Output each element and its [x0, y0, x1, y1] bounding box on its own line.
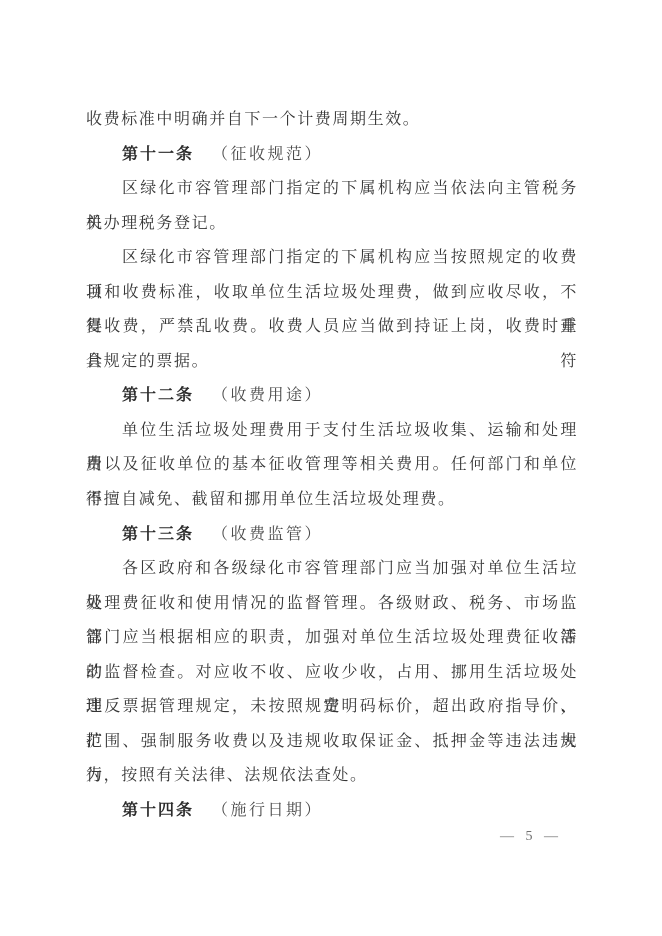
- text-line: 范围、强制服务收费以及违规收取保证金、抵押金等违法违规行: [86, 725, 578, 760]
- article-heading: 第十三条（收费监管）: [86, 518, 578, 553]
- text-line: 单位生活垃圾处理费用于支付生活垃圾收集、运输和处理费: [86, 414, 578, 449]
- article-heading: 第十四条（施行日期）: [86, 794, 578, 829]
- text-line: 用以及征收单位的基本征收管理等相关费用。任何部门和单位不: [86, 448, 578, 483]
- article-number: 第十三条: [122, 526, 194, 543]
- article-number: 第十四条: [122, 802, 194, 819]
- text-line: 收费标准中明确并自下一个计费周期生效。: [86, 103, 578, 138]
- text-line: 处理费征收和使用情况的监督管理。各级财政、税务、市场监管等: [86, 587, 578, 622]
- article-title: （施行日期）: [212, 802, 323, 819]
- text-line: 关办理税务登记。: [86, 207, 578, 242]
- article-number: 第十一条: [122, 146, 194, 163]
- article-heading: 第十二条（收费用途）: [86, 379, 578, 414]
- text-line: 部门应当根据相应的职责，加强对单位生活垃圾处理费征收活动: [86, 621, 578, 656]
- text-line: 目和收费标准，收取单位生活垃圾处理费，做到应收尽收，不得重: [86, 276, 578, 311]
- text-line: 得擅自减免、截留和挪用单位生活垃圾处理费。: [86, 483, 578, 518]
- text-line: 区绿化市容管理部门指定的下属机构应当依法向主管税务机: [86, 172, 578, 207]
- document-page: 收费标准中明确并自下一个计费周期生效。第十一条（征收规范）区绿化市容管理部门指定…: [0, 0, 662, 936]
- article-title: （征收规范）: [212, 146, 323, 163]
- text-line: 区绿化市容管理部门指定的下属机构应当按照规定的收费项: [86, 241, 578, 276]
- text-line: 各区政府和各级绿化市容管理部门应当加强对单位生活垃圾: [86, 552, 578, 587]
- article-title: （收费用途）: [212, 387, 323, 404]
- text-line: 的监督检查。对应收不收、应收少收，占用、挪用生活垃圾处理费，: [86, 656, 578, 691]
- text-line: 为，按照有关法律、法规依法查处。: [86, 759, 578, 794]
- document-lines: 收费标准中明确并自下一个计费周期生效。第十一条（征收规范）区绿化市容管理部门指定…: [86, 103, 578, 828]
- article-heading: 第十一条（征收规范）: [86, 138, 578, 173]
- text-line: 违反票据管理规定，未按照规定明码标价，超出政府指导价、扩大: [86, 690, 578, 725]
- text-line: 复收费，严禁乱收费。收费人员应当做到持证上岗，收费时开具符: [86, 310, 578, 345]
- article-title: （收费监管）: [212, 526, 323, 543]
- page-number: — 5 —: [500, 826, 562, 848]
- article-number: 第十二条: [122, 387, 194, 404]
